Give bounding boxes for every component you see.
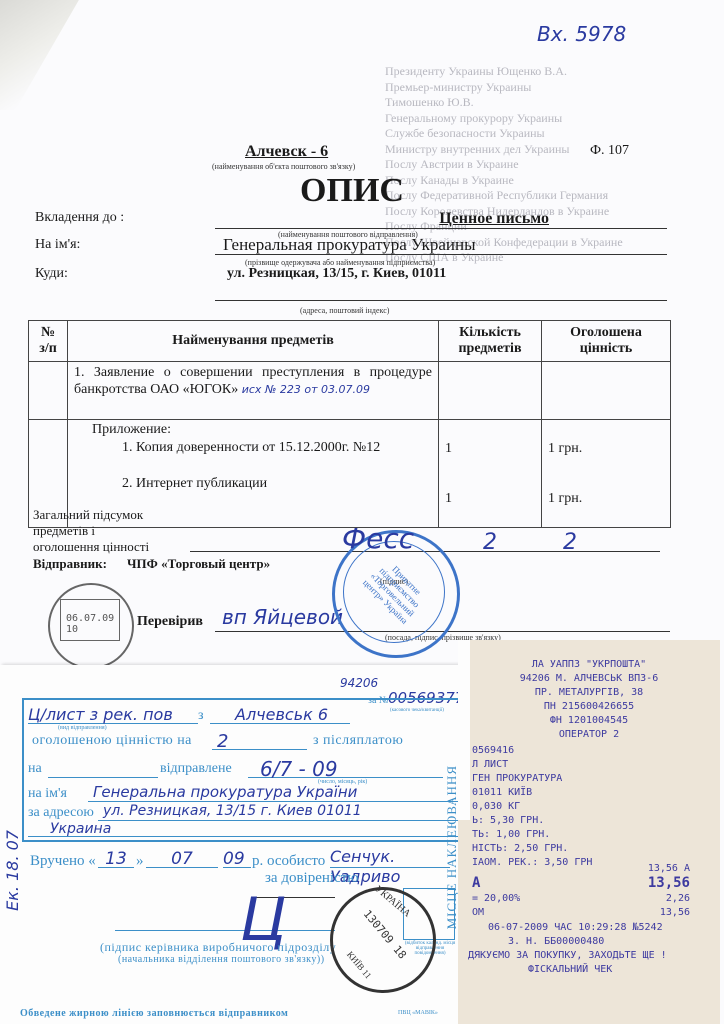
enclosure-label: Вкладення до : xyxy=(35,210,124,226)
sender-value: ЧПФ «Торговый центр» xyxy=(127,556,270,572)
notice-index: 94206 xyxy=(340,676,378,690)
notice-declared: 2 xyxy=(217,731,228,752)
side-handwriting: Ек. 18. 07 xyxy=(3,830,22,911)
table-row: 1. Заявление о совершении преступления в… xyxy=(29,362,671,420)
header-value: Оголошена цінність xyxy=(542,321,671,362)
handwritten-reference: исх № 223 от 03.07.09 xyxy=(242,383,370,396)
page-title: ОПИС xyxy=(0,172,714,210)
document-sheet: Вх. 5978 Президенту Украины Ющенко В.А.П… xyxy=(0,0,724,1024)
delivered-year: 09 xyxy=(223,849,245,869)
header-quantity: Кількість предметів xyxy=(439,321,542,362)
summary-qty-hand: 2 xyxy=(483,530,497,555)
recipient-label: На ім'я: xyxy=(35,237,80,253)
notice-from: Алчевськ 6 xyxy=(235,705,328,724)
fiscal-receipt: ЛА УАППЗ "УКРПОШТА"94206 М. АЛЧЕВСЬК ВПЗ… xyxy=(458,640,720,1024)
inventory-table: № з/п Найменування предметів Кількість п… xyxy=(28,320,671,528)
delivery-notice: 94206 за № 00569377 (касового чека/квита… xyxy=(0,665,470,1024)
printer-mark: ПВЦ «МАВІК» xyxy=(398,1010,438,1016)
delivered-day: 13 xyxy=(105,849,127,869)
address-label: Куди: xyxy=(35,266,68,282)
receipt-total: 13,56 xyxy=(648,875,690,891)
post-office-caption: (найменування об'єкта поштового зв'язку) xyxy=(212,162,355,171)
address-line xyxy=(215,282,667,301)
enclosure-value: Ценное письмо xyxy=(439,210,549,227)
quantity-cell: 1 1 xyxy=(439,420,542,528)
header-name: Найменування предметів xyxy=(68,321,439,362)
delivery-postmark: УКРАЇНА 130709 18 КИЇВ 11 xyxy=(330,887,436,993)
post-office-name: Алчевск - 6 xyxy=(245,143,328,161)
folded-corner xyxy=(0,0,85,110)
summary-label: Загальний підсумок предметів і оголошенн… xyxy=(33,507,149,555)
checked-signature: вп Яйцевой xyxy=(222,605,343,629)
address-caption: (адреса, поштовий індекс) xyxy=(300,306,389,315)
notice-sent-date: 6/7 - 09 xyxy=(260,757,338,781)
sender-label: Відправник: xyxy=(33,556,107,572)
receipt-datetime: 06-07-2009 ЧАС 10:29:28 №5242 xyxy=(488,922,663,933)
table-header-row: № з/п Найменування предметів Кількість п… xyxy=(29,321,671,362)
form-number: Ф. 107 xyxy=(590,143,629,159)
notice-type: Ц/лист з рек. пов xyxy=(28,705,173,724)
postmark-stamp: 06.07.09 10 xyxy=(48,583,134,669)
incoming-number-note: Вх. 5978 xyxy=(537,22,626,46)
row-main-item: 1. Заявление о совершении преступления в… xyxy=(68,362,439,420)
seal-signature: Фесс xyxy=(342,522,414,555)
notice-address: ул. Резницкая, 13/15 г. Киев 01011 xyxy=(103,803,362,819)
enclosure-field: Ценное письмо xyxy=(215,210,667,229)
notice-country: Украина xyxy=(50,821,111,837)
address-value: ул. Резницкая, 13/15, г. Киев, 01011 xyxy=(227,266,446,282)
attachment-item: 1. Копия доверенности от 15.12.2000г. №1… xyxy=(74,440,432,456)
summary-value-hand: 2 xyxy=(563,530,577,555)
receipt-lines: 0569416Л ЛИСТГЕН ПРОКУРАТУРА01011 КИЇВ0,… xyxy=(472,744,592,870)
recipient-field: Генеральная прокуратура Украины xyxy=(215,235,667,255)
header-number: № з/п xyxy=(29,321,68,362)
value-cell: 1 грн. 1 грн. xyxy=(542,420,671,528)
notice-recipient: Генеральна прокуратура України xyxy=(93,783,357,801)
delivered-month: 07 xyxy=(171,849,193,869)
attachment-item: 2. Интернет публикации xyxy=(74,476,432,492)
receipt-header: ЛА УАППЗ "УКРПОШТА"94206 М. АЛЧЕВСЬК ВПЗ… xyxy=(458,658,720,742)
notice-footer: Обведене жирною лінією заповнюється відп… xyxy=(20,1008,288,1019)
checked-label: Перевірив xyxy=(137,614,203,630)
